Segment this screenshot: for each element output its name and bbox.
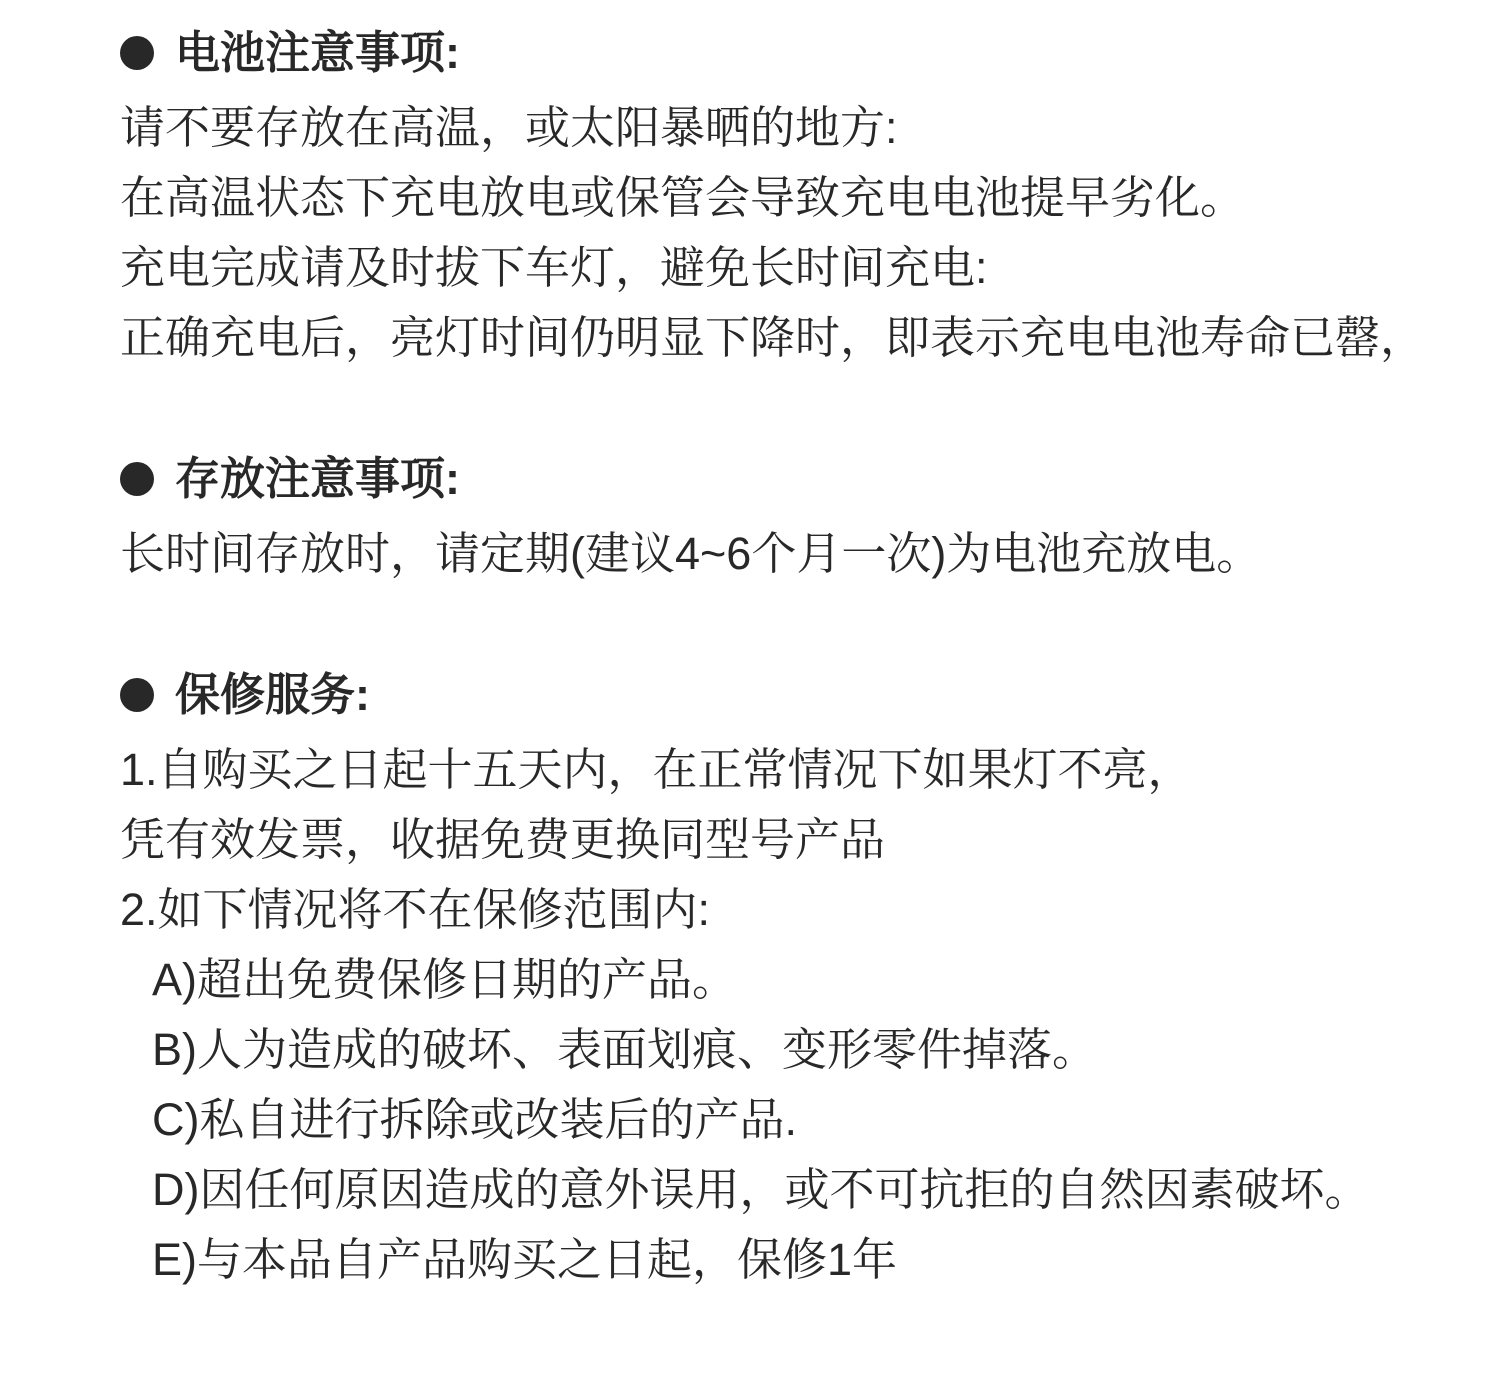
storage-notes-heading-text: 存放注意事项: [175,444,460,514]
warranty-heading-text: 保修服务: [175,660,370,730]
bullet-icon [120,462,154,496]
battery-notes-heading: 电池注意事项: [120,18,1460,88]
bullet-icon [120,36,154,70]
warranty-line: 1.自购买之日起十五天内，在正常情况下如果灯不亮， [120,735,1460,805]
warranty-exclusion-item: C)私自进行拆除或改装后的产品. [120,1085,1460,1155]
section-warranty-service: 保修服务: 1.自购买之日起十五天内，在正常情况下如果灯不亮， 凭有效发票，收据… [120,660,1460,1295]
section-battery-notes: 电池注意事项: 请不要存放在高温，或太阳暴晒的地方: 在高温状态下充电放电或保管… [120,18,1460,373]
storage-note-line: 长时间存放时，请定期(建议4~6个月一次)为电池充放电。 [120,519,1460,589]
section-storage-notes: 存放注意事项: 长时间存放时，请定期(建议4~6个月一次)为电池充放电。 [120,444,1460,589]
warranty-exclusion-item: D)因任何原因造成的意外误用，或不可抗拒的自然因素破坏。 [120,1155,1460,1225]
warranty-line: 凭有效发票，收据免费更换同型号产品 [120,805,1460,875]
battery-note-line: 充电完成请及时拔下车灯，避免长时间充电: [120,233,1460,303]
bullet-icon [120,678,154,712]
warranty-heading: 保修服务: [120,660,1460,730]
battery-note-line: 正确充电后，亮灯时间仍明显下降时，即表示充电电池寿命已罄， [120,303,1460,373]
battery-notes-heading-text: 电池注意事项: [175,18,460,88]
product-notice-document: 电池注意事项: 请不要存放在高温，或太阳暴晒的地方: 在高温状态下充电放电或保管… [0,0,1500,1295]
warranty-line: 2.如下情况将不在保修范围内: [120,875,1460,945]
storage-notes-heading: 存放注意事项: [120,444,1460,514]
warranty-exclusion-item: A)超出免费保修日期的产品。 [120,945,1460,1015]
warranty-exclusion-item: B)人为造成的破坏、表面划痕、变形零件掉落。 [120,1015,1460,1085]
warranty-exclusion-item: E)与本品自产品购买之日起，保修1年 [120,1225,1460,1295]
battery-note-line: 在高温状态下充电放电或保管会导致充电电池提早劣化。 [120,163,1460,233]
battery-note-line: 请不要存放在高温，或太阳暴晒的地方: [120,93,1460,163]
